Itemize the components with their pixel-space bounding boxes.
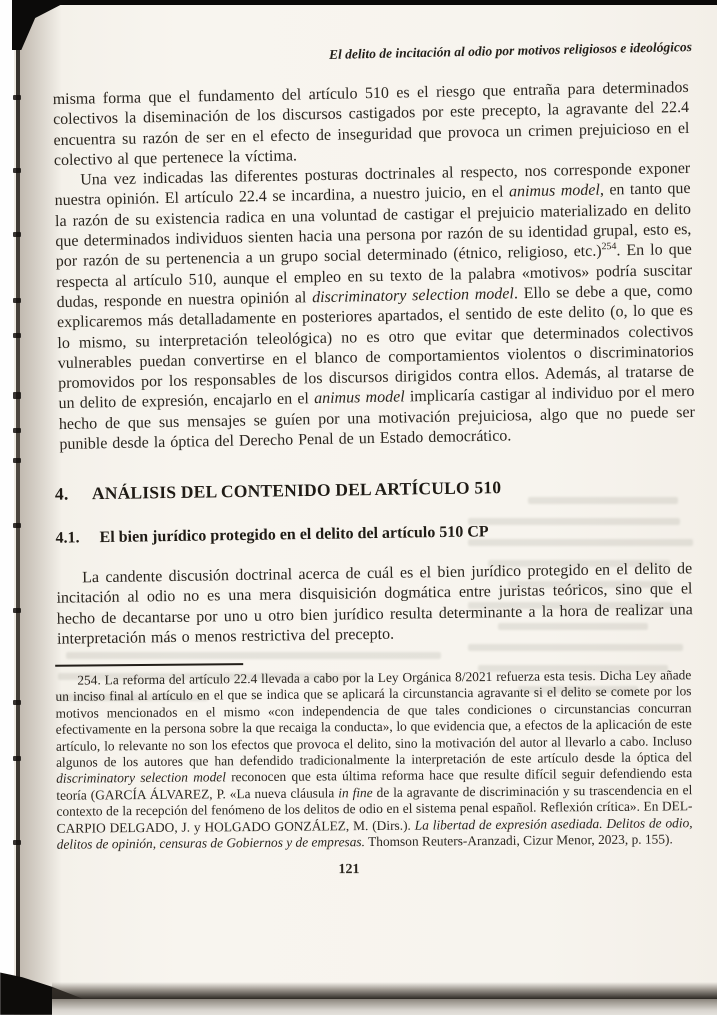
scan-artifact <box>13 428 21 433</box>
footnote-ref-254: 254 <box>601 241 616 252</box>
scan-artifact <box>13 168 21 173</box>
text-segment: 254. La reforma del artículo 22.4 llevad… <box>55 667 692 770</box>
italic-term-in-fine: in fine <box>338 784 373 799</box>
scan-artifact <box>13 392 21 399</box>
scan-artifact <box>13 700 21 705</box>
page-bottom-edge-shadow <box>52 982 717 999</box>
scan-artifact <box>13 298 21 303</box>
paragraph: Una vez indicadas las diferentes postura… <box>54 159 695 455</box>
footnote-254: 254. La reforma del artículo 22.4 llevad… <box>55 667 693 853</box>
main-text-block: misma forma que el fundamento del artícu… <box>53 78 696 455</box>
scanner-bed <box>52 999 717 1015</box>
subsection-number: 4.1. <box>55 529 99 548</box>
scan-artifact <box>13 756 21 761</box>
subsection-heading: 4.1.El bien jurídico protegido en el del… <box>55 521 691 548</box>
paragraph: misma forma que el fundamento del artícu… <box>53 78 690 171</box>
running-header: El delito de incitación al odio por moti… <box>56 39 692 69</box>
section-heading: 4.ANÁLISIS DEL CONTENIDO DEL ARTÍCULO 51… <box>55 475 691 505</box>
scanner-margin <box>0 0 14 1015</box>
text-segment: Thomson Reuters-Aranzadi, Cizur Menor, 2… <box>365 831 673 849</box>
footnote-block: 254. La reforma del artículo 22.4 llevad… <box>55 659 693 853</box>
paragraph: La candente discusión doctrinal acerca d… <box>56 560 693 651</box>
italic-term-animus-model: animus model <box>509 182 600 201</box>
section-4-block: 4.ANÁLISIS DEL CONTENIDO DEL ARTÍCULO 51… <box>55 475 693 651</box>
page-number: 121 <box>31 860 667 879</box>
scanned-page: El delito de incitación al odio por moti… <box>0 0 717 1015</box>
subsection-title: El bien jurídico protegido en el delito … <box>99 524 488 547</box>
scan-artifact <box>13 523 21 528</box>
section-title: ANÁLISIS DEL CONTENIDO DEL ARTÍCULO 510 <box>92 477 502 503</box>
section-number: 4. <box>55 484 92 506</box>
scan-artifact <box>13 333 21 338</box>
scan-artifact <box>13 232 21 237</box>
footnote-separator <box>55 663 243 667</box>
page-content: El delito de incitación al odio por moti… <box>56 0 692 878</box>
scan-artifact <box>13 95 21 100</box>
italic-term-discriminatory-selection-model: discriminatory selection model <box>312 285 514 306</box>
italic-term-discriminatory-selection-model: discriminatory selection model <box>56 769 226 785</box>
italic-term-animus-model: animus model <box>314 389 405 408</box>
scan-artifact <box>13 840 21 845</box>
scan-artifact <box>13 608 21 613</box>
scan-artifact <box>13 458 21 463</box>
